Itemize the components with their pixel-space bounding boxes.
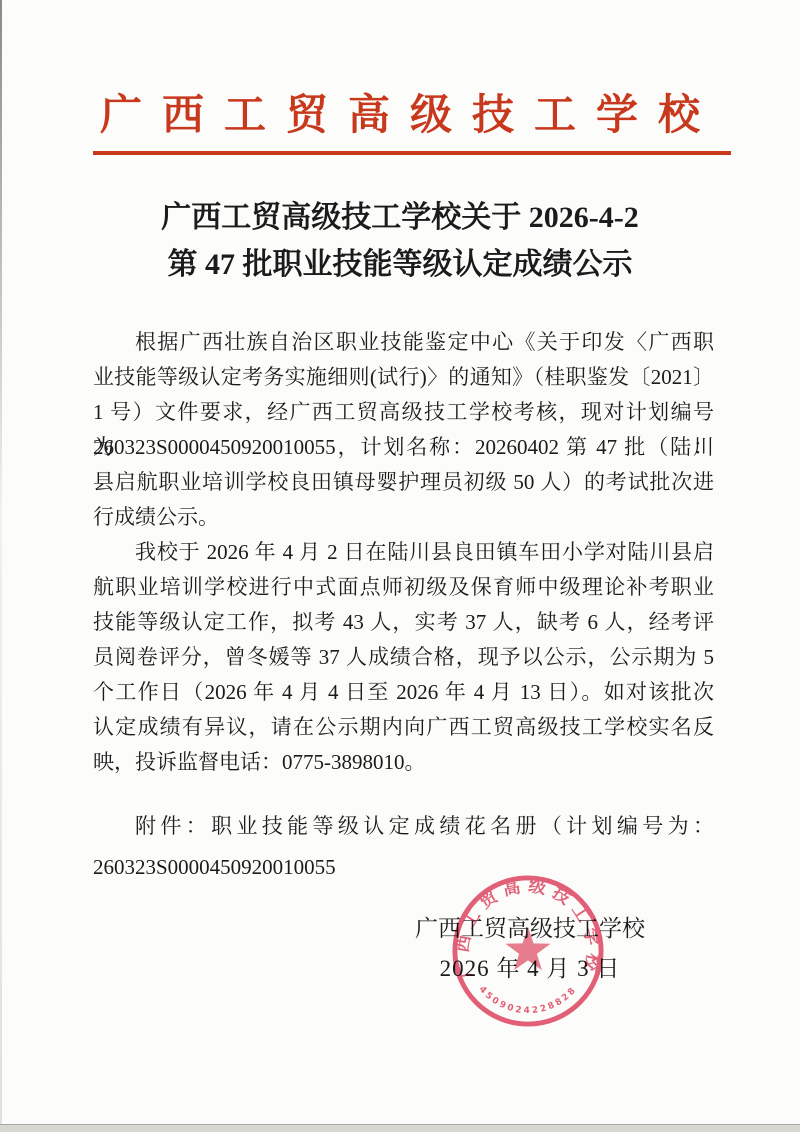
body-line: 认定成绩有异议，请在公示期内向广西工贸高级技工学校实名反 xyxy=(93,710,714,745)
attachment-note: 附件：职业技能等级认定成绩花名册（计划编号为： 260323S000045092… xyxy=(93,806,714,888)
body-line: 1 号）文件要求，经广西工贸高级技工学校考核，现对计划编号为： xyxy=(93,395,714,430)
body-line: 员阅卷评分，曾冬媛等 37 人成绩合格，现予以公示，公示期为 5 xyxy=(93,640,714,675)
attachment-line1: 附件：职业技能等级认定成绩花名册（计划编号为： xyxy=(93,806,714,847)
body-line: 我校于 2026 年 4 月 2 日在陆川县良田镇车田小学对陆川县启 xyxy=(93,535,714,570)
letterhead-school-name: 广西工贸高级技工学校 xyxy=(0,90,800,142)
body-text: 根据广西壮族自治区职业技能鉴定中心《关于印发〈广西职 业技能等级认定考务实施细则… xyxy=(93,325,714,780)
body-line: 映，投诉监督电话：0775-3898010。 xyxy=(93,745,714,780)
body-line: 260323S0000450920010055，计划名称：20260402 第 … xyxy=(93,430,714,465)
seal-serial-number: 4509024228828 xyxy=(477,985,580,1017)
attachment-line2: 260323S0000450920010055 xyxy=(93,847,714,888)
seal-arc-text-path: 广西工贸高级技工学校 xyxy=(452,875,604,980)
seal-serial-path: 4509024228828 xyxy=(477,985,580,1017)
document-title-line1: 广西工贸高级技工学校关于 2026-4-2 xyxy=(0,194,800,241)
body-line: 县启航职业培训学校良田镇母婴护理员初级 50 人）的考试批次进 xyxy=(93,465,714,500)
letterhead-rule xyxy=(93,151,731,155)
seal-arc-text: 广西工贸高级技工学校 xyxy=(452,875,604,980)
body-line: 航职业培训学校进行中式面点师初级及保育师中级理论补考职业 xyxy=(93,570,714,605)
document-title: 广西工贸高级技工学校关于 2026-4-2 第 47 批职业技能等级认定成绩公示 xyxy=(0,194,800,288)
seal-star-icon xyxy=(505,927,550,970)
body-line: 行成绩公示。 xyxy=(93,500,714,535)
document-title-line2: 第 47 批职业技能等级认定成绩公示 xyxy=(0,241,800,288)
body-line: 个工作日（2026 年 4 月 4 日至 2026 年 4 月 13 日）。如对… xyxy=(93,675,714,710)
body-line: 根据广西壮族自治区职业技能鉴定中心《关于印发〈广西职 xyxy=(93,325,714,360)
official-red-seal: 广西工贸高级技工学校 4509024228828 xyxy=(449,872,607,1030)
scanned-notice-page: 广西工贸高级技工学校 广西工贸高级技工学校关于 2026-4-2 第 47 批职… xyxy=(0,0,800,1132)
body-line: 业技能等级认定考务实施细则(试行)〉的通知》（桂职鉴发〔2021〕 xyxy=(93,360,714,395)
body-line: 技能等级认定工作，拟考 43 人，实考 37 人，缺考 6 人，经考评 xyxy=(93,605,714,640)
scan-left-edge xyxy=(0,0,2,1132)
scan-bottom-edge xyxy=(0,1124,800,1132)
